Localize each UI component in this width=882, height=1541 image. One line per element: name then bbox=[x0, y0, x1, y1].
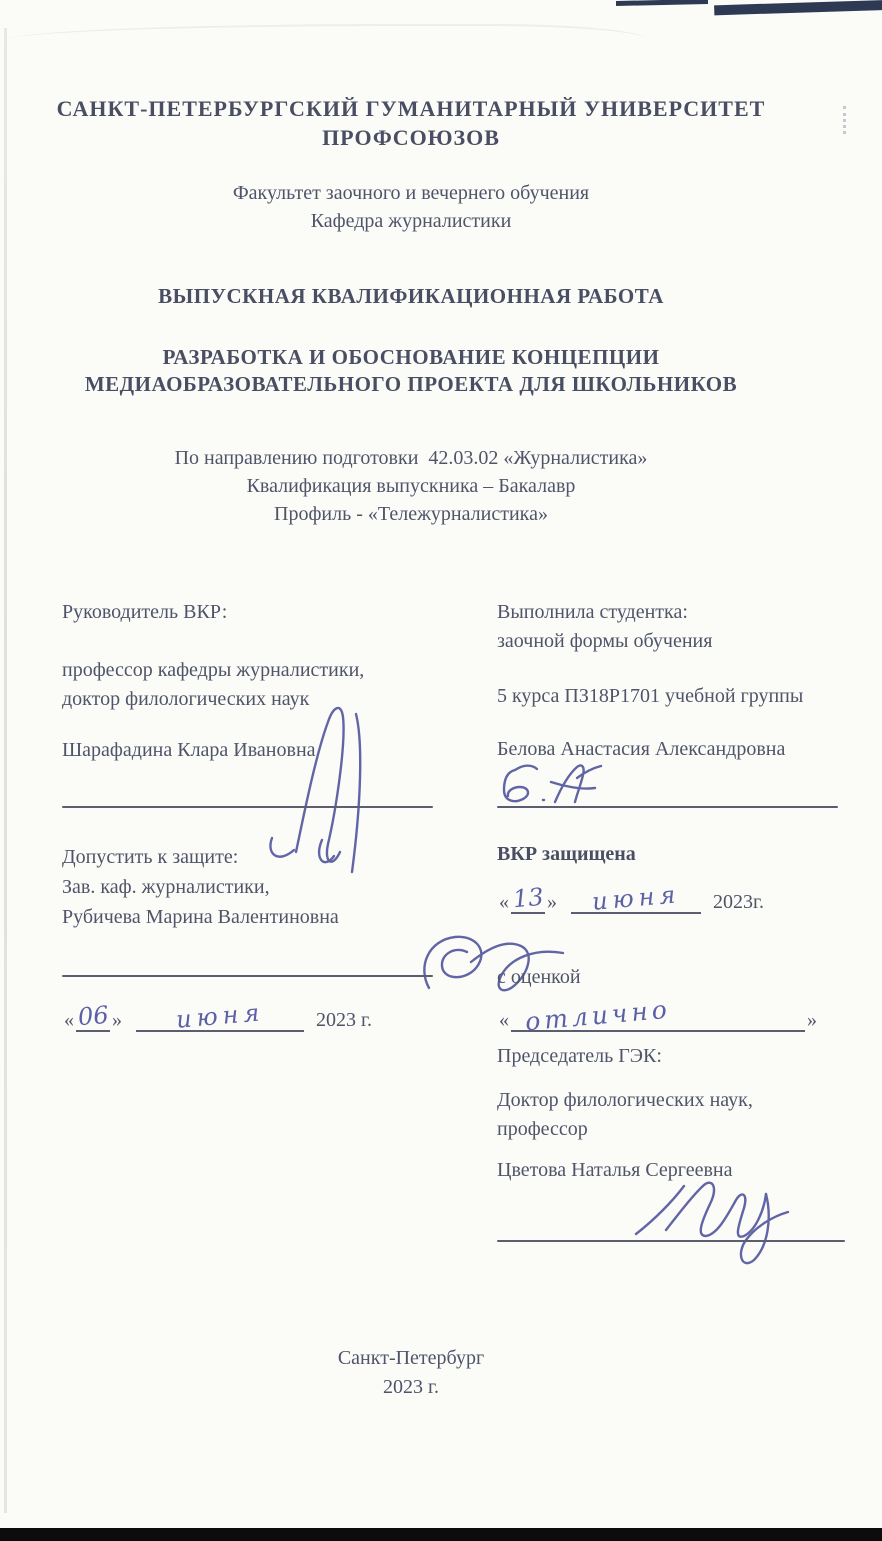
scan-edge-strip-left bbox=[616, 0, 708, 6]
work-type-heading: ВЫПУСКНАЯ КВАЛИФИКАЦИОННАЯ РАБОТА bbox=[0, 283, 822, 309]
profile-name: Профиль - «Тележурналистика» bbox=[0, 502, 822, 527]
committee-chair-signature bbox=[628, 1172, 813, 1272]
department-name: Кафедра журналистики bbox=[0, 209, 822, 234]
footer-year: 2023 г. bbox=[0, 1375, 822, 1400]
quote-close: » bbox=[110, 1009, 124, 1032]
committee-chair-signature-line bbox=[497, 1240, 845, 1242]
admission-date-month-handwritten: июня bbox=[175, 1000, 265, 1032]
grade-label: с оценкой bbox=[497, 965, 581, 990]
admission-date-day-handwritten: 06 bbox=[77, 1003, 110, 1030]
program-direction: По направлению подготовки 42.03.02 «Журн… bbox=[0, 446, 822, 471]
scan-mark-right-edge bbox=[843, 106, 846, 134]
defense-date-day-handwritten: 13 bbox=[512, 885, 545, 912]
student-label-line2: заочной формы обучения bbox=[497, 629, 712, 654]
supervisor-signature bbox=[262, 692, 432, 877]
admission-date-row: « 06 » июня 2023 г. bbox=[62, 998, 372, 1032]
admission-name: Рубичева Марина Валентиновна bbox=[62, 905, 339, 930]
footer-city: Санкт-Петербург bbox=[0, 1346, 822, 1371]
scan-edge-strip-right bbox=[714, 0, 882, 15]
defense-date-year: 2023г. bbox=[713, 891, 764, 914]
quote-open: « bbox=[497, 891, 511, 914]
student-signature bbox=[497, 760, 612, 808]
scan-bottom-bar bbox=[0, 1528, 882, 1541]
admission-date-year: 2023 г. bbox=[316, 1009, 372, 1032]
scanned-thesis-title-page: САНКТ-ПЕТЕРБУРГСКИЙ ГУМАНИТАРНЫЙ УНИВЕРС… bbox=[0, 0, 882, 1541]
qualification-level: Квалификация выпускника – Бакалавр bbox=[0, 474, 822, 499]
committee-chair-label: Председатель ГЭК: bbox=[497, 1044, 662, 1069]
student-label-line1: Выполнила студентка: bbox=[497, 600, 688, 625]
admission-label: Допустить к защите: bbox=[62, 845, 238, 870]
university-name-line2: ПРОФСОЮЗОВ bbox=[0, 124, 822, 152]
quote-close: » bbox=[545, 891, 559, 914]
quote-close: » bbox=[805, 1009, 819, 1032]
student-name: Белова Анастасия Александровна bbox=[497, 737, 785, 762]
admission-position: Зав. каф. журналистики, bbox=[62, 875, 270, 900]
committee-chair-position-line2: профессор bbox=[497, 1117, 588, 1142]
supervisor-label: Руководитель ВКР: bbox=[62, 600, 227, 625]
grade-value-handwritten: отлично bbox=[524, 997, 671, 1035]
defense-date-row: « 13 » июня 2023г. bbox=[497, 880, 764, 914]
university-name-line1: САНКТ-ПЕТЕРБУРГСКИЙ ГУМАНИТАРНЫЙ УНИВЕРС… bbox=[0, 95, 822, 123]
quote-open: « bbox=[497, 1009, 511, 1032]
admission-signature-line bbox=[62, 975, 433, 977]
faculty-name: Факультет заочного и вечернего обучения bbox=[0, 181, 822, 206]
committee-chair-position-line1: Доктор филологических наук, bbox=[497, 1088, 753, 1113]
thesis-title-line1: РАЗРАБОТКА И ОБОСНОВАНИЕ КОНЦЕПЦИИ bbox=[0, 344, 822, 370]
defense-label: ВКР защищена bbox=[497, 842, 636, 867]
page-left-edge-shadow bbox=[4, 28, 7, 1513]
student-group: 5 курса ПЗ18Р1701 учебной группы bbox=[497, 684, 803, 709]
page-top-edge-shadow bbox=[8, 24, 648, 56]
supervisor-signature-line bbox=[62, 806, 433, 808]
quote-open: « bbox=[62, 1009, 76, 1032]
student-signature-line bbox=[497, 806, 838, 808]
supervisor-position-line1: профессор кафедры журналистики, bbox=[62, 658, 364, 683]
thesis-title-line2: МЕДИАОБРАЗОВАТЕЛЬНОГО ПРОЕКТА ДЛЯ ШКОЛЬН… bbox=[0, 371, 822, 397]
defense-date-month-handwritten: июня bbox=[591, 882, 681, 914]
grade-row: « отлично » bbox=[497, 998, 819, 1032]
